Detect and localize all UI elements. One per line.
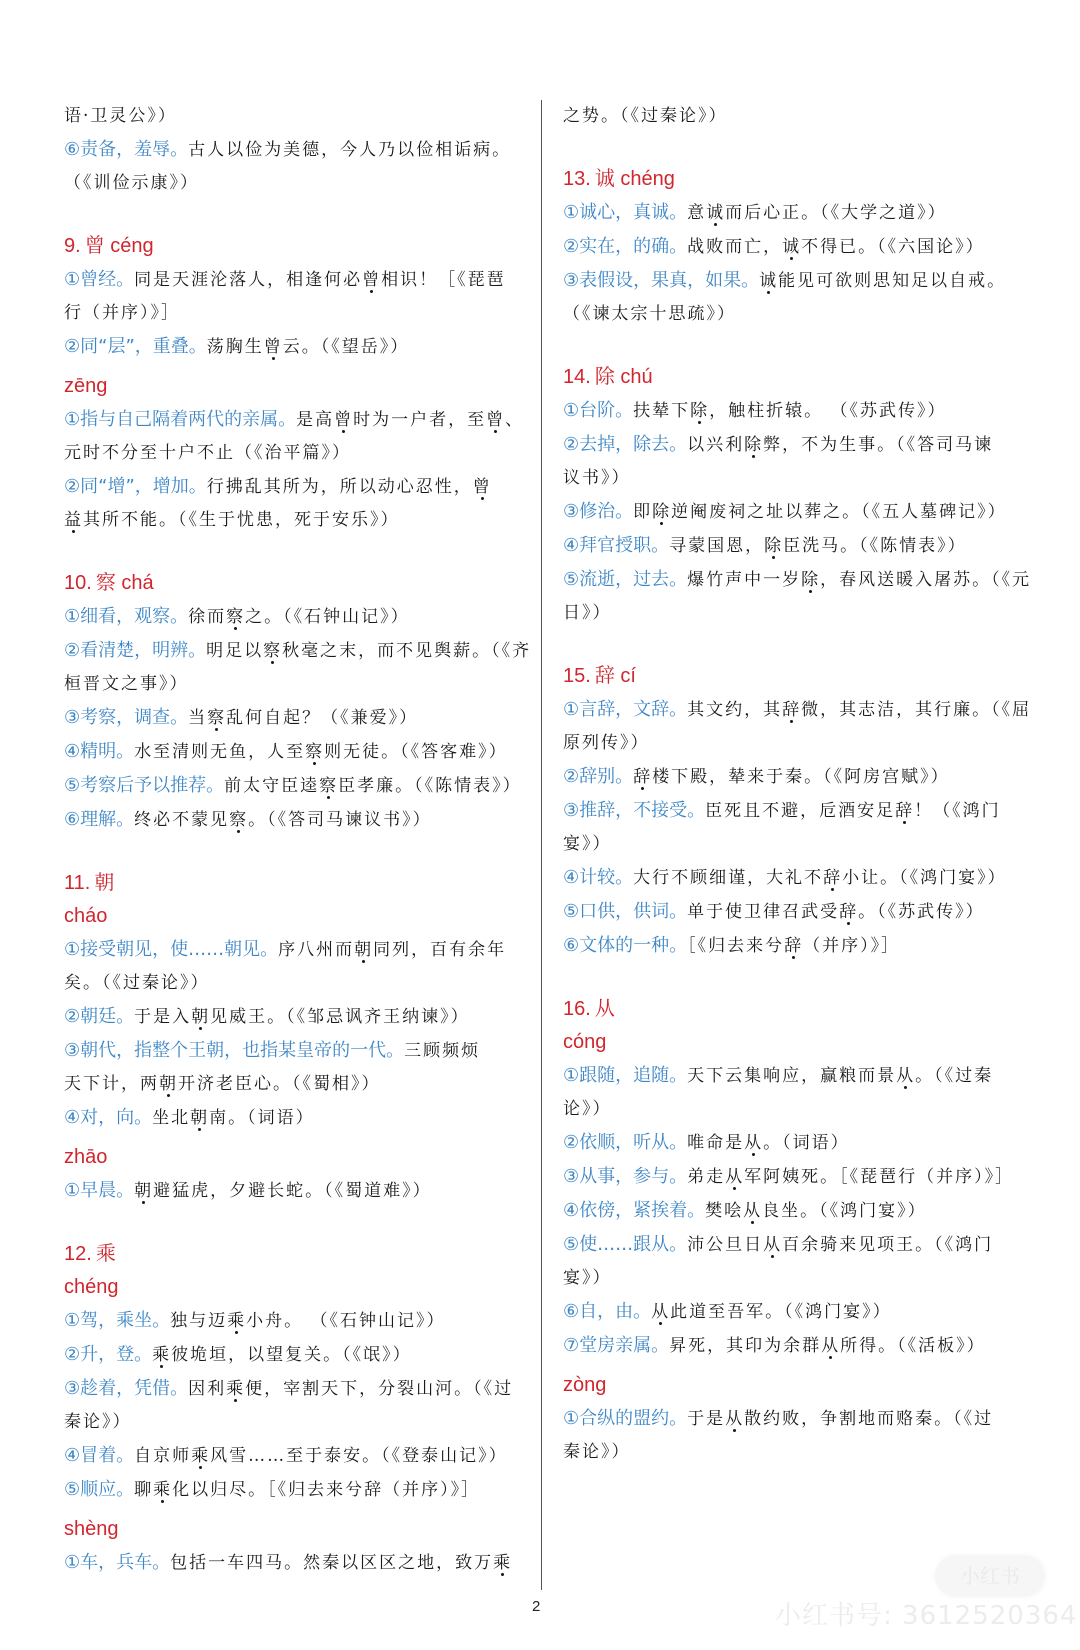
definition-entry: ④拜官授职。寻蒙国恩，除臣洗马。（《陈情表》） — [563, 529, 1023, 563]
definition-entry: ④精明。水至清则无鱼，人至察则无徒。（《答客难》） — [64, 735, 526, 769]
emphasis-char: 从 — [744, 1133, 763, 1153]
definition-entry: ①曾经。同是天涯沦落人，相逢何必曾相识！［《琵琶 — [64, 263, 526, 297]
definition-entry: ⑥自，由。从此道至吾军。（《鸿门宴》） — [563, 1295, 1023, 1329]
source-citation: 秦论》） — [563, 1436, 1023, 1469]
definition-entry: ②朝廷。于是入朝见威王。（《邹忌讽齐王纳谏》） — [64, 1000, 526, 1034]
pinyin-heading: zòng — [563, 1369, 1023, 1402]
emphasis-char: 除 — [801, 570, 820, 590]
emphasis-char: 从 — [763, 1235, 782, 1255]
emphasis-char: 乘 — [226, 1379, 245, 1399]
definition-entry: ①台阶。扶辇下除，触柱折辕。 （《苏武传》） — [563, 394, 1023, 428]
pinyin-heading: cóng — [563, 1026, 1023, 1059]
emphasis-char: 朝 — [191, 1007, 210, 1027]
source-citation: 天下计，两朝开济老臣心。（《蜀相》） — [64, 1068, 526, 1101]
watermark-id: 小红书号: 3612520364 — [775, 1595, 1077, 1632]
entry-heading-12: 12.乘 — [64, 1238, 526, 1271]
definition-entry: ⑤使……跟从。沛公旦日从百余骑来见项王。（《鸿门 — [563, 1228, 1023, 1262]
source-citation: 矣。（《过秦论》） — [64, 967, 526, 1000]
emphasis-char: 曾 — [362, 270, 381, 290]
emphasis-char: 从 — [821, 1336, 840, 1356]
emphasis-char: 从 — [725, 1409, 744, 1429]
emphasis-char: 察 — [263, 641, 282, 661]
emphasis-char: 除 — [764, 536, 783, 556]
definition-entry: ⑤顺应。聊乘化以归尽。［《归去来兮辞（并序）》］ — [64, 1473, 526, 1507]
emphasis-char: 除 — [652, 502, 671, 522]
source-citation: （《谏太宗十思疏》） — [563, 298, 1023, 331]
left-column: 语·卫灵公》） ⑥责备，羞辱。古人以俭为美德，今人乃以俭相诟病。 （《训俭示康》… — [64, 100, 526, 1580]
source-citation: 秦论》） — [64, 1406, 526, 1439]
emphasis-char: 察 — [226, 607, 245, 627]
definition-entry: ⑦堂房亲属。昇死，其印为余群从所得。（《活板》） — [563, 1329, 1023, 1363]
pinyin-heading: shèng — [64, 1513, 526, 1546]
pinyin-heading: zhāo — [64, 1141, 526, 1174]
continuation-line: 之势。（《过秦论》） — [563, 100, 1023, 133]
entry-heading-13: 13.诚 chéng — [563, 163, 1023, 196]
definition-entry: ③从事，参与。弟走从军阿姨死。［《琵琶行（并序）》］ — [563, 1160, 1023, 1194]
definition-entry: ①细看，观察。徐而察之。（《石钟山记》） — [64, 600, 526, 634]
definition-entry: ②同“增”，增加。行拂乱其所为，所以动心忍性，曾 — [64, 470, 526, 504]
entry-heading-9: 9.曾 céng — [64, 230, 526, 263]
source-citation: 益其所不能。（《生于忧患，死于安乐》） — [64, 504, 526, 537]
pinyin-heading: chéng — [64, 1271, 526, 1304]
definition-entry: ③朝代，指整个王朝，也指某皇帝的一代。三顾频烦 — [64, 1034, 526, 1068]
definition-entry: ①车，兵车。包括一车四马。然秦以区区之地，致万乘 — [64, 1546, 526, 1580]
emphasis-char: 乘 — [152, 1345, 171, 1365]
definition-entry: ④对，向。坐北朝南。（词语） — [64, 1101, 526, 1135]
source-citation: 议书》） — [563, 462, 1023, 495]
entry-heading-11: 11.朝 — [64, 867, 526, 900]
emphasis-char: 曾 — [264, 337, 283, 357]
emphasis-char: 察 — [207, 708, 226, 728]
emphasis-char: 从 — [651, 1302, 670, 1322]
definition-entry: ⑤考察后予以推荐。前太守臣逵察臣孝廉。（《陈情表》） — [64, 769, 526, 803]
entry-heading-15: 15.辞 cí — [563, 660, 1023, 693]
emphasis-char: 曾 — [473, 477, 492, 497]
emphasis-char: 辞 — [782, 700, 801, 720]
emphasis-char: 察 — [305, 742, 324, 762]
emphasis-char: 诚 — [706, 203, 725, 223]
definition-entry: ①合纵的盟约。于是从散约败，争割地而赂秦。（《过 — [563, 1402, 1023, 1436]
emphasis-char: 除 — [690, 401, 709, 421]
emphasis-char: 从 — [725, 1167, 744, 1187]
emphasis-char: 辞 — [823, 868, 842, 888]
watermark-badge: 小红书 — [935, 1555, 1045, 1597]
definition-entry: ⑥责备，羞辱。古人以俭为美德，今人乃以俭相诟病。 — [64, 133, 526, 167]
emphasis-char: 朝 — [134, 1181, 153, 1201]
definition-entry: ⑤口供，供词。单于使卫律召武受辞。（《苏武传》） — [563, 895, 1023, 929]
source-citation: 元时不分至十户不止（《治平篇》） — [64, 437, 526, 470]
source-citation: 桓晋文之事》） — [64, 668, 526, 701]
source-citation: 宴》） — [563, 828, 1023, 861]
definition-entry: ①接受朝见，使……朝见。序八州而朝同列，百有余年 — [64, 933, 526, 967]
definition-entry: ③推辞，不接受。臣死且不避，卮酒安足辞！（《鸿门 — [563, 794, 1023, 828]
emphasis-char: 从 — [896, 1066, 915, 1086]
emphasis-char: 除 — [744, 435, 763, 455]
definition-entry: ②依顺，听从。唯命是从。（词语） — [563, 1126, 1023, 1160]
definition-entry: ④依傍，紧挨着。樊哙从良坐。（《鸿门宴》） — [563, 1194, 1023, 1228]
definition-entry: ①早晨。朝避猛虎，夕避长蛇。（《蜀道难》） — [64, 1174, 526, 1208]
pinyin-heading: cháo — [64, 900, 526, 933]
definition-entry: ⑥文体的一种。［《归去来兮辞（并序）》］ — [563, 929, 1023, 963]
definition-entry: ③趁着，凭借。因利乘便，宰割天下，分裂山河。（《过 — [64, 1372, 526, 1406]
definition-entry: ③表假设，果真，如果。诚能见可欲则思知足以自戒。 — [563, 264, 1023, 298]
entry-heading-10: 10.察 chá — [64, 567, 526, 600]
source-citation: （《训俭示康》） — [64, 167, 526, 200]
emphasis-char: 乘 — [227, 1311, 246, 1331]
continuation-line: 语·卫灵公》） — [64, 100, 526, 133]
emphasis-char: 乘 — [191, 1446, 210, 1466]
emphasis-char: 辞 — [839, 902, 858, 922]
definition-entry: ④计较。大行不顾细谨，大礼不辞小让。（《鸿门宴》） — [563, 861, 1023, 895]
emphasis-char: 益 — [64, 510, 83, 530]
emphasis-char: 察 — [229, 810, 248, 830]
definition-entry: ②辞别。辞楼下殿，辇来于秦。（《阿房宫赋》） — [563, 760, 1023, 794]
definition-entry: ①指与自己隔着两代的亲属。是高曾时为一户者，至曾、 — [64, 403, 526, 437]
source-citation: 行（并序）》］ — [64, 297, 526, 330]
definition-entry: ⑥理解。终必不蒙见察。（《答司马谏议书》） — [64, 803, 526, 837]
emphasis-char: 辞 — [895, 801, 914, 821]
source-citation: 原列传》） — [563, 727, 1023, 760]
emphasis-char: 乘 — [153, 1480, 172, 1500]
entry-heading-16: 16.从 — [563, 993, 1023, 1026]
right-column: 之势。（《过秦论》） 13.诚 chéng ①诚心，真诚。意诚而后心正。（《大学… — [563, 100, 1023, 1469]
emphasis-char: 辞 — [784, 936, 803, 956]
definition-entry: ①诚心，真诚。意诚而后心正。（《大学之道》） — [563, 196, 1023, 230]
definition-entry: ④冒着。自京师乘风雪……至于泰安。（《登泰山记》） — [64, 1439, 526, 1473]
source-citation: 论》） — [563, 1093, 1023, 1126]
definition-entry: ③考察，调查。当察乱何自起？（《兼爱》） — [64, 701, 526, 735]
definition-entry: ②同“层”，重叠。荡胸生曾云。（《望岳》） — [64, 330, 526, 364]
definition-entry: ⑤流逝，过去。爆竹声中一岁除，春风送暖入屠苏。（《元 — [563, 563, 1023, 597]
pinyin-heading: zēng — [64, 370, 526, 403]
emphasis-char: 辞 — [633, 767, 652, 787]
source-citation: 宴》） — [563, 1262, 1023, 1295]
source-citation: 日》） — [563, 597, 1023, 630]
emphasis-char: 曾 — [486, 410, 505, 430]
emphasis-char: 朝 — [354, 940, 373, 960]
emphasis-char: 诚 — [782, 237, 801, 257]
emphasis-char: 察 — [319, 776, 338, 796]
definition-entry: ②去掉，除去。以兴利除弊，不为生事。（《答司马谏 — [563, 428, 1023, 462]
page-number: 2 — [532, 1598, 540, 1615]
definition-entry: ②升，登。乘彼垝垣，以望复关。（《氓》） — [64, 1338, 526, 1372]
definition-entry: ③修治。即除逆阉废祠之址以葬之。（《五人墓碑记》） — [563, 495, 1023, 529]
entry-heading-14: 14.除 chú — [563, 361, 1023, 394]
definition-entry: ①跟随，追随。天下云集响应，赢粮而景从。（《过秦 — [563, 1059, 1023, 1093]
emphasis-char: 朝 — [190, 1108, 209, 1128]
column-divider — [541, 100, 542, 1590]
emphasis-char: 诚 — [759, 271, 778, 291]
definition-entry: ②看清楚，明辨。明足以察秋毫之末，而不见舆薪。（《齐 — [64, 634, 526, 668]
emphasis-char: 曾 — [334, 410, 353, 430]
definition-entry: ①言辞，文辞。其文约，其辞微，其志洁，其行廉。（《屈 — [563, 693, 1023, 727]
emphasis-char: 朝 — [159, 1074, 178, 1094]
definition-entry: ②实在，的确。战败而亡，诚不得已。（《六国论》） — [563, 230, 1023, 264]
emphasis-char: 乘 — [493, 1553, 512, 1573]
definition-entry: ①驾，乘坐。独与迈乘小舟。 （《石钟山记》） — [64, 1304, 526, 1338]
emphasis-char: 从 — [743, 1201, 762, 1221]
